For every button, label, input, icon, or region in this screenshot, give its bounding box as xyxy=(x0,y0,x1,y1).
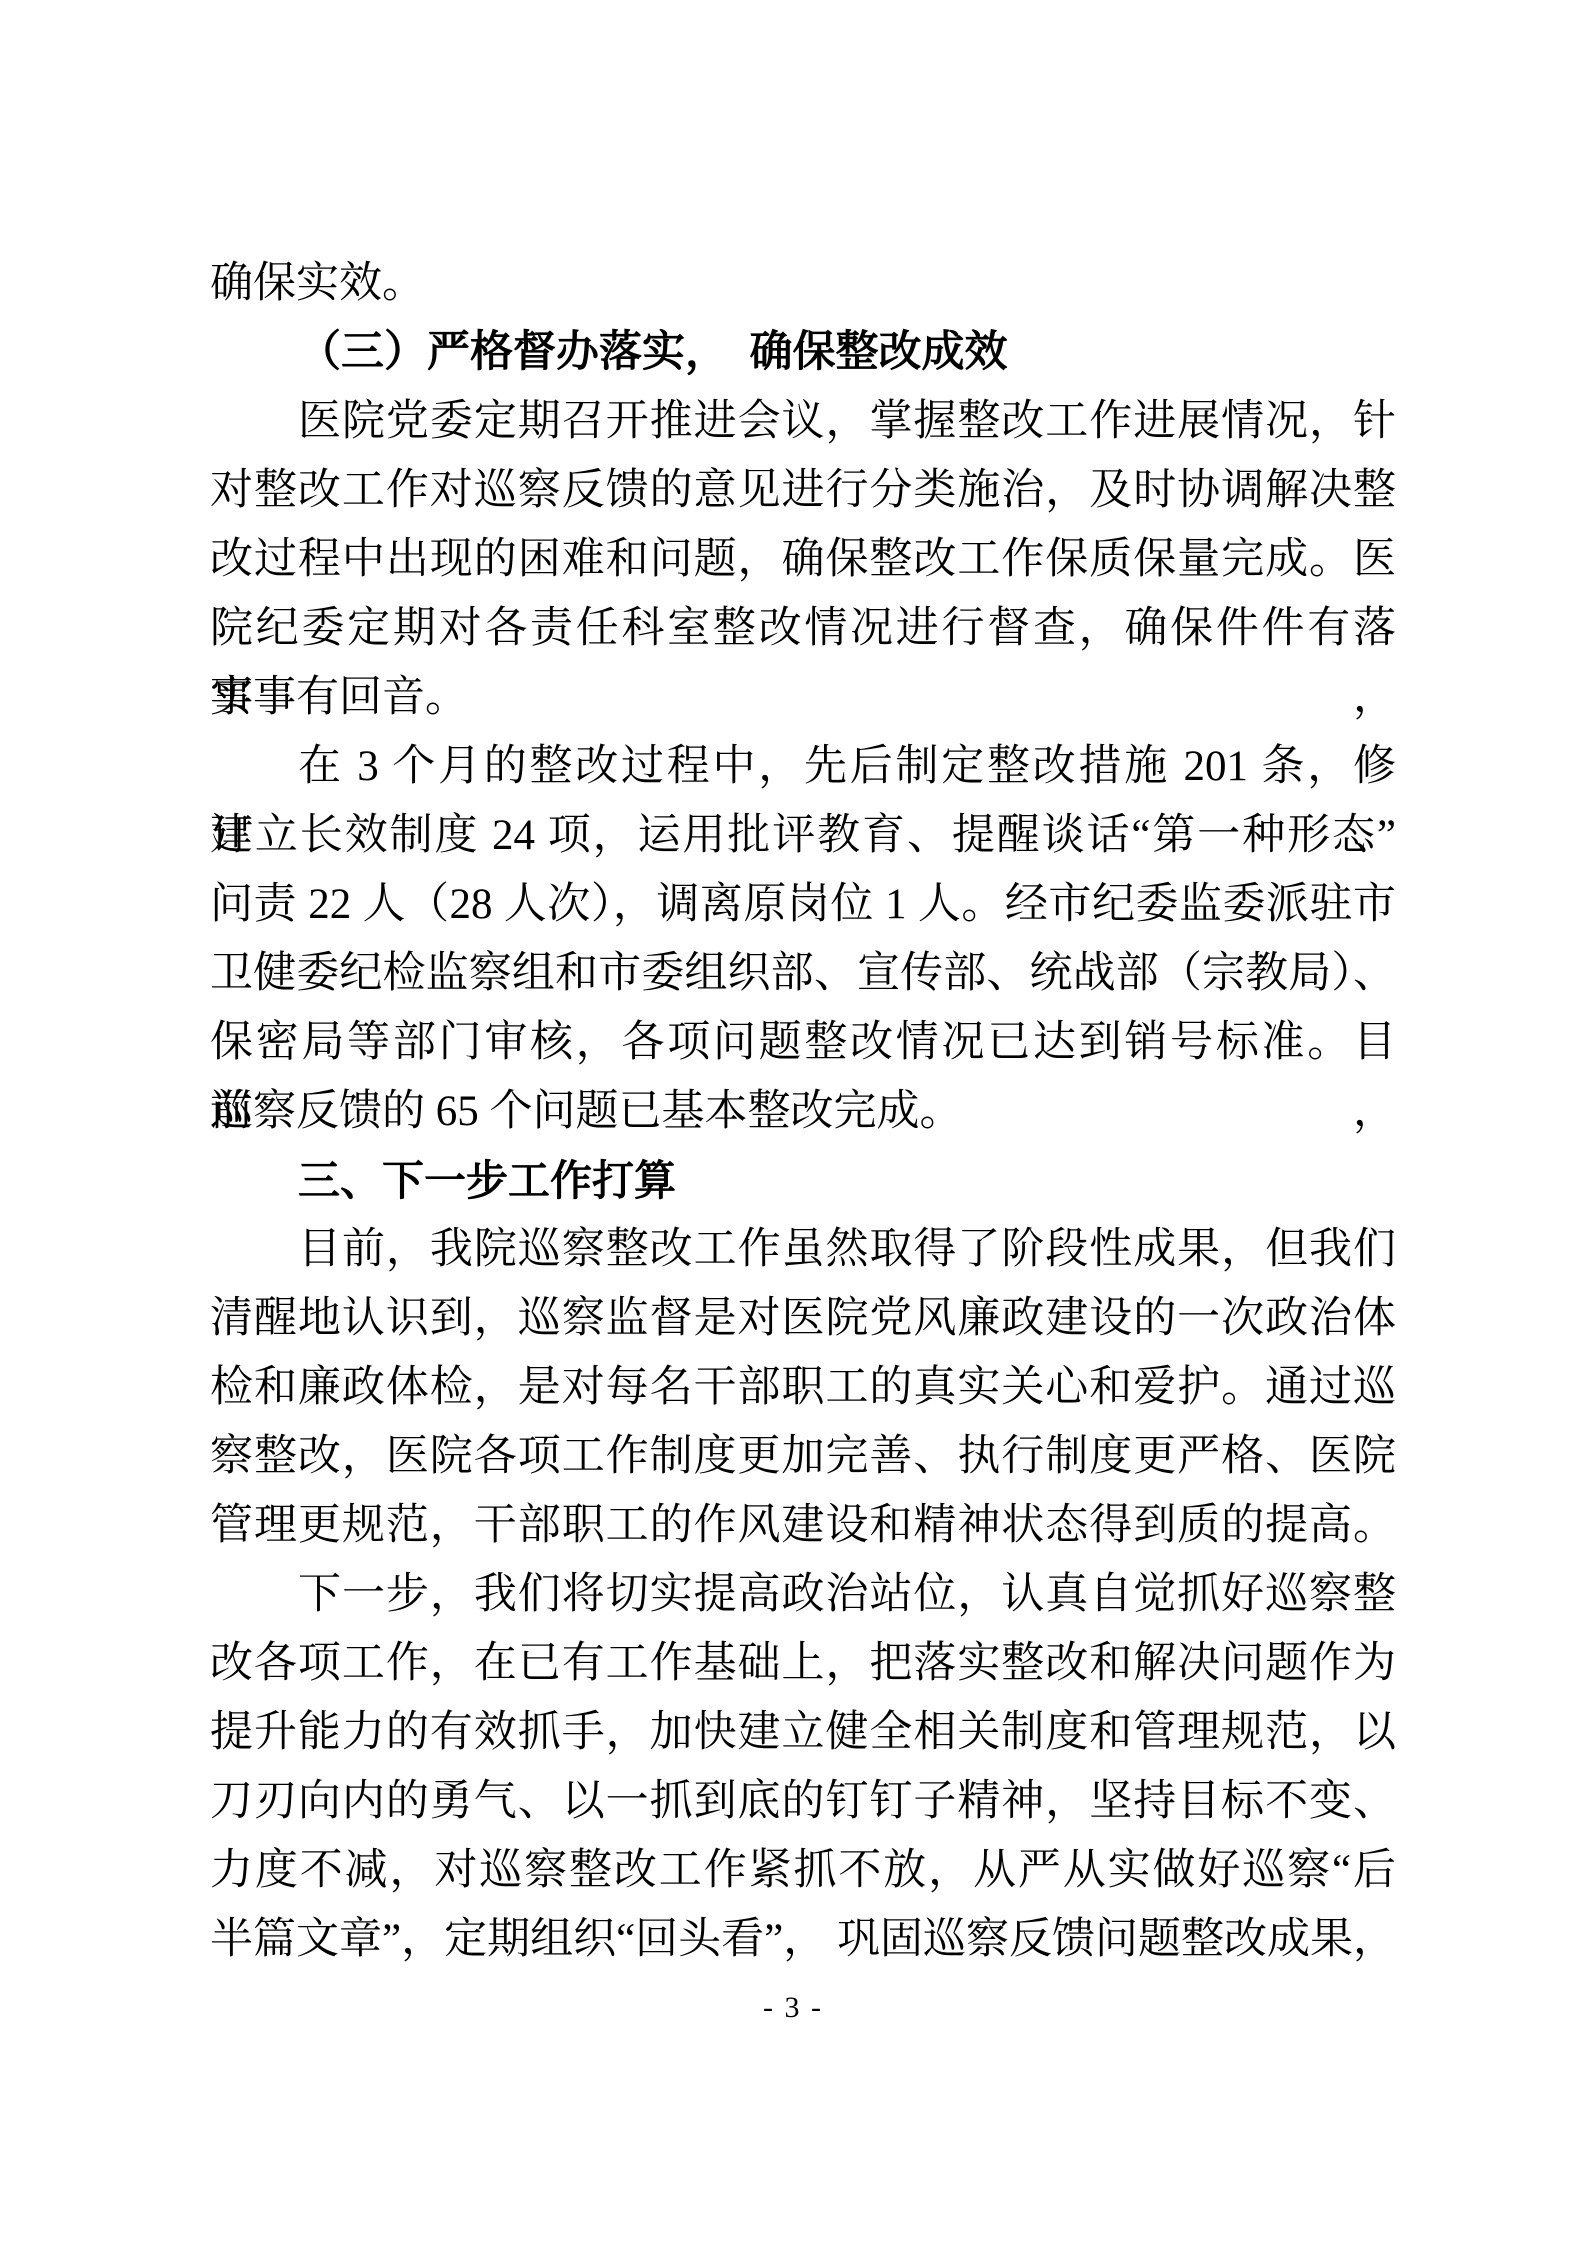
document-body: 确保实效。 （三）严格督办落实， 确保整改成效 医院党委定期召开推进会议，掌握整… xyxy=(210,249,1396,1974)
text-line: 建立长效制度 24 项，运用批评教育、提醒谈话“第一种形态” xyxy=(210,801,1396,870)
text-line: 问责 22 人（28 人次），调离原岗位 1 人。经市纪委监委派驻市 xyxy=(210,870,1396,939)
section-heading: 三、下一步工作打算 xyxy=(210,1146,1396,1215)
text-line: 改各项工作，在已有工作基础上，把落实整改和解决问题作为 xyxy=(210,1629,1396,1698)
text-line: 对整改工作对巡察反馈的意见进行分类施治，及时协调解决整 xyxy=(210,456,1396,525)
text-line: 刀刃向内的勇气、以一抓到底的钉钉子精神，坚持目标不变、 xyxy=(210,1767,1396,1836)
text-line: 检和廉政体检，是对每名干部职工的真实关心和爱护。通过巡 xyxy=(210,1353,1396,1422)
text-line: 力度不减，对巡察整改工作紧抓不放，从严从实做好巡察“后 xyxy=(210,1836,1396,1905)
text-line: 保密局等部门审核，各项问题整改情况已达到销号标准。目前， xyxy=(210,1008,1396,1077)
document-page: 确保实效。 （三）严格督办落实， 确保整改成效 医院党委定期召开推进会议，掌握整… xyxy=(0,0,1586,2245)
text-line: 清醒地认识到，巡察监督是对医院党风廉政建设的一次政治体 xyxy=(210,1284,1396,1353)
text-line: 确保实效。 xyxy=(210,249,1396,318)
text-line: 半篇文章”，定期组织“回头看”， 巩固巡察反馈问题整改成果， xyxy=(210,1905,1396,1974)
text-line: 管理更规范，干部职工的作风建设和精神状态得到质的提高。 xyxy=(210,1491,1396,1560)
text-line: 卫健委纪检监察组和市委组织部、宣传部、统战部（宗教局）、 xyxy=(210,939,1396,1008)
text-line: 下一步，我们将切实提高政治站位，认真自觉抓好巡察整 xyxy=(210,1560,1396,1629)
text-line: 目前，我院巡察整改工作虽然取得了阶段性成果，但我们 xyxy=(210,1215,1396,1284)
subsection-heading: （三）严格督办落实， 确保整改成效 xyxy=(210,318,1396,387)
text-line: 改过程中出现的困难和问题，确保整改工作保质保量完成。医 xyxy=(210,525,1396,594)
page-number: - 3 - xyxy=(0,1990,1586,2026)
text-line: 在 3 个月的整改过程中，先后制定整改措施 201 条，修订、 xyxy=(210,732,1396,801)
text-line: 医院党委定期召开推进会议，掌握整改工作进展情况，针 xyxy=(210,387,1396,456)
text-line: 院纪委定期对各责任科室整改情况进行督查，确保件件有落实， xyxy=(210,594,1396,663)
text-line: 察整改，医院各项工作制度更加完善、执行制度更严格、医院 xyxy=(210,1422,1396,1491)
text-line: 提升能力的有效抓手，加快建立健全相关制度和管理规范，以 xyxy=(210,1698,1396,1767)
